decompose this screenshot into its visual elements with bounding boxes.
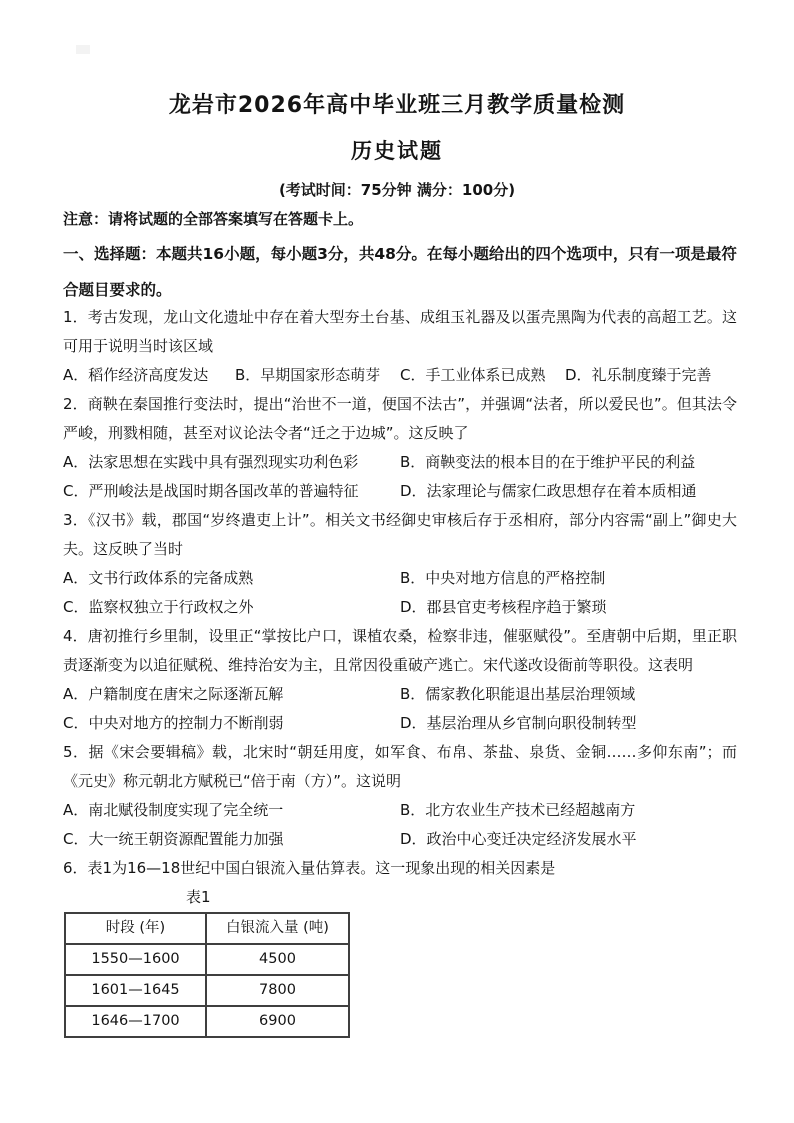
question-5: 5．据《宋会要辑稿》载，北宋时“朝廷用度，如军食、布帛、茶盐、泉货、金铜……多仰… bbox=[63, 738, 737, 854]
question-2-option-c: C．严刑峻法是战国时期各国改革的普遍特征 bbox=[63, 477, 400, 506]
table-caption: 表1 bbox=[63, 883, 737, 912]
notice-line: 注意：请将试题的全部答案填写在答题卡上。 bbox=[63, 208, 363, 230]
question-4-option-a: A．户籍制度在唐宋之际逐渐瓦解 bbox=[63, 680, 400, 709]
question-3-option-a: A．文书行政体系的完备成熟 bbox=[63, 564, 400, 593]
question-2-option-a: A．法家思想在实践中具有强烈现实功利色彩 bbox=[63, 448, 400, 477]
question-1-options: A．稻作经济高度发达 B．早期国家形态萌芽 C．手工业体系已成熟 D．礼乐制度臻… bbox=[63, 361, 737, 390]
question-1-option-d: D．礼乐制度臻于完善 bbox=[565, 361, 737, 390]
question-4-option-c: C．中央对地方的控制力不断削弱 bbox=[63, 709, 400, 738]
table-cell-amount-3: 6900 bbox=[206, 1006, 349, 1037]
table-cell-amount-2: 7800 bbox=[206, 975, 349, 1006]
question-2: 2．商鞅在秦国推行变法时，提出“治世不一道，便国不法古”，并强调“法者，所以爱民… bbox=[63, 390, 737, 506]
question-5-option-a: A．南北赋役制度实现了完全统一 bbox=[63, 796, 400, 825]
question-6: 6．表1为16—18世纪中国白银流入量估算表。这一现象出现的相关因素是 表1 时… bbox=[63, 854, 737, 1038]
question-4: 4．唐初推行乡里制，设里正“掌按比户口，课植农桑，检察非违，催驱赋役”。至唐朝中… bbox=[63, 622, 737, 738]
table-cell-period-1: 1550—1600 bbox=[65, 944, 206, 975]
silver-inflow-table: 时段 (年) 白银流入量 (吨) 1550—1600 4500 1601—164… bbox=[64, 912, 350, 1038]
table-row-2: 1601—1645 7800 bbox=[65, 975, 349, 1006]
table-cell-period-2: 1601—1645 bbox=[65, 975, 206, 1006]
question-2-option-b: B．商鞅变法的根本目的在于维护平民的利益 bbox=[400, 448, 737, 477]
scan-artifact bbox=[76, 45, 90, 54]
exam-paper-page: 龙岩市2026年高中毕业班三月教学质量检测 历史试题 (考试时间：75分钟 满分… bbox=[0, 0, 794, 1123]
question-1-option-c: C．手工业体系已成熟 bbox=[400, 361, 565, 390]
question-5-option-c: C．大一统王朝资源配置能力加强 bbox=[63, 825, 400, 854]
question-3-option-c: C．监察权独立于行政权之外 bbox=[63, 593, 400, 622]
question-4-stem: 4．唐初推行乡里制，设里正“掌按比户口，课植农桑，检察非违，催驱赋役”。至唐朝中… bbox=[63, 622, 737, 680]
question-3-options: A．文书行政体系的完备成熟 B．中央对地方信息的严格控制 C．监察权独立于行政权… bbox=[63, 564, 737, 622]
table-header-amount: 白银流入量 (吨) bbox=[206, 913, 349, 944]
question-5-option-b: B．北方农业生产技术已经超越南方 bbox=[400, 796, 737, 825]
question-3-option-b: B．中央对地方信息的严格控制 bbox=[400, 564, 737, 593]
question-6-stem: 6．表1为16—18世纪中国白银流入量估算表。这一现象出现的相关因素是 bbox=[63, 854, 737, 883]
question-2-options: A．法家思想在实践中具有强烈现实功利色彩 B．商鞅变法的根本目的在于维护平民的利… bbox=[63, 448, 737, 506]
table-cell-amount-1: 4500 bbox=[206, 944, 349, 975]
question-3-option-d: D．郡县官吏考核程序趋于繁琐 bbox=[400, 593, 737, 622]
question-4-option-d: D．基层治理从乡官制向职役制转型 bbox=[400, 709, 737, 738]
question-1-stem: 1．考古发现，龙山文化遗址中存在着大型夯土台基、成组玉礼器及以蛋壳黑陶为代表的高… bbox=[63, 303, 737, 361]
question-3: 3．《汉书》载，郡国“岁终遣吏上计”。相关文书经御史审核后存于丞相府，部分内容需… bbox=[63, 506, 737, 622]
question-1-option-b: B．早期国家形态萌芽 bbox=[235, 361, 400, 390]
question-1-option-a: A．稻作经济高度发达 bbox=[63, 361, 235, 390]
table-header-period: 时段 (年) bbox=[65, 913, 206, 944]
section-header: 一、选择题：本题共16小题，每小题3分，共48分。在每小题给出的四个选项中，只有… bbox=[63, 236, 737, 308]
table-row-3: 1646—1700 6900 bbox=[65, 1006, 349, 1037]
question-4-options: A．户籍制度在唐宋之际逐渐瓦解 B．儒家教化职能退出基层治理领域 C．中央对地方… bbox=[63, 680, 737, 738]
question-5-stem: 5．据《宋会要辑稿》载，北宋时“朝廷用度，如军食、布帛、茶盐、泉货、金铜……多仰… bbox=[63, 738, 737, 796]
table-header-row: 时段 (年) 白银流入量 (吨) bbox=[65, 913, 349, 944]
questions-area: 1．考古发现，龙山文化遗址中存在着大型夯土台基、成组玉礼器及以蛋壳黑陶为代表的高… bbox=[63, 303, 737, 1038]
question-1: 1．考古发现，龙山文化遗址中存在着大型夯土台基、成组玉礼器及以蛋壳黑陶为代表的高… bbox=[63, 303, 737, 390]
question-2-stem: 2．商鞅在秦国推行变法时，提出“治世不一道，便国不法古”，并强调“法者，所以爱民… bbox=[63, 390, 737, 448]
question-5-options: A．南北赋役制度实现了完全统一 B．北方农业生产技术已经超越南方 C．大一统王朝… bbox=[63, 796, 737, 854]
subject-title: 历史试题 bbox=[0, 138, 794, 164]
question-4-option-b: B．儒家教化职能退出基层治理领域 bbox=[400, 680, 737, 709]
table-row-1: 1550—1600 4500 bbox=[65, 944, 349, 975]
exam-info-line: (考试时间：75分钟 满分：100分) bbox=[0, 179, 794, 201]
question-5-option-d: D．政治中心变迁决定经济发展水平 bbox=[400, 825, 737, 854]
table-cell-period-3: 1646—1700 bbox=[65, 1006, 206, 1037]
question-2-option-d: D．法家理论与儒家仁政思想存在着本质相通 bbox=[400, 477, 737, 506]
page-title: 龙岩市2026年高中毕业班三月教学质量检测 bbox=[0, 92, 794, 120]
question-3-stem: 3．《汉书》载，郡国“岁终遣吏上计”。相关文书经御史审核后存于丞相府，部分内容需… bbox=[63, 506, 737, 564]
